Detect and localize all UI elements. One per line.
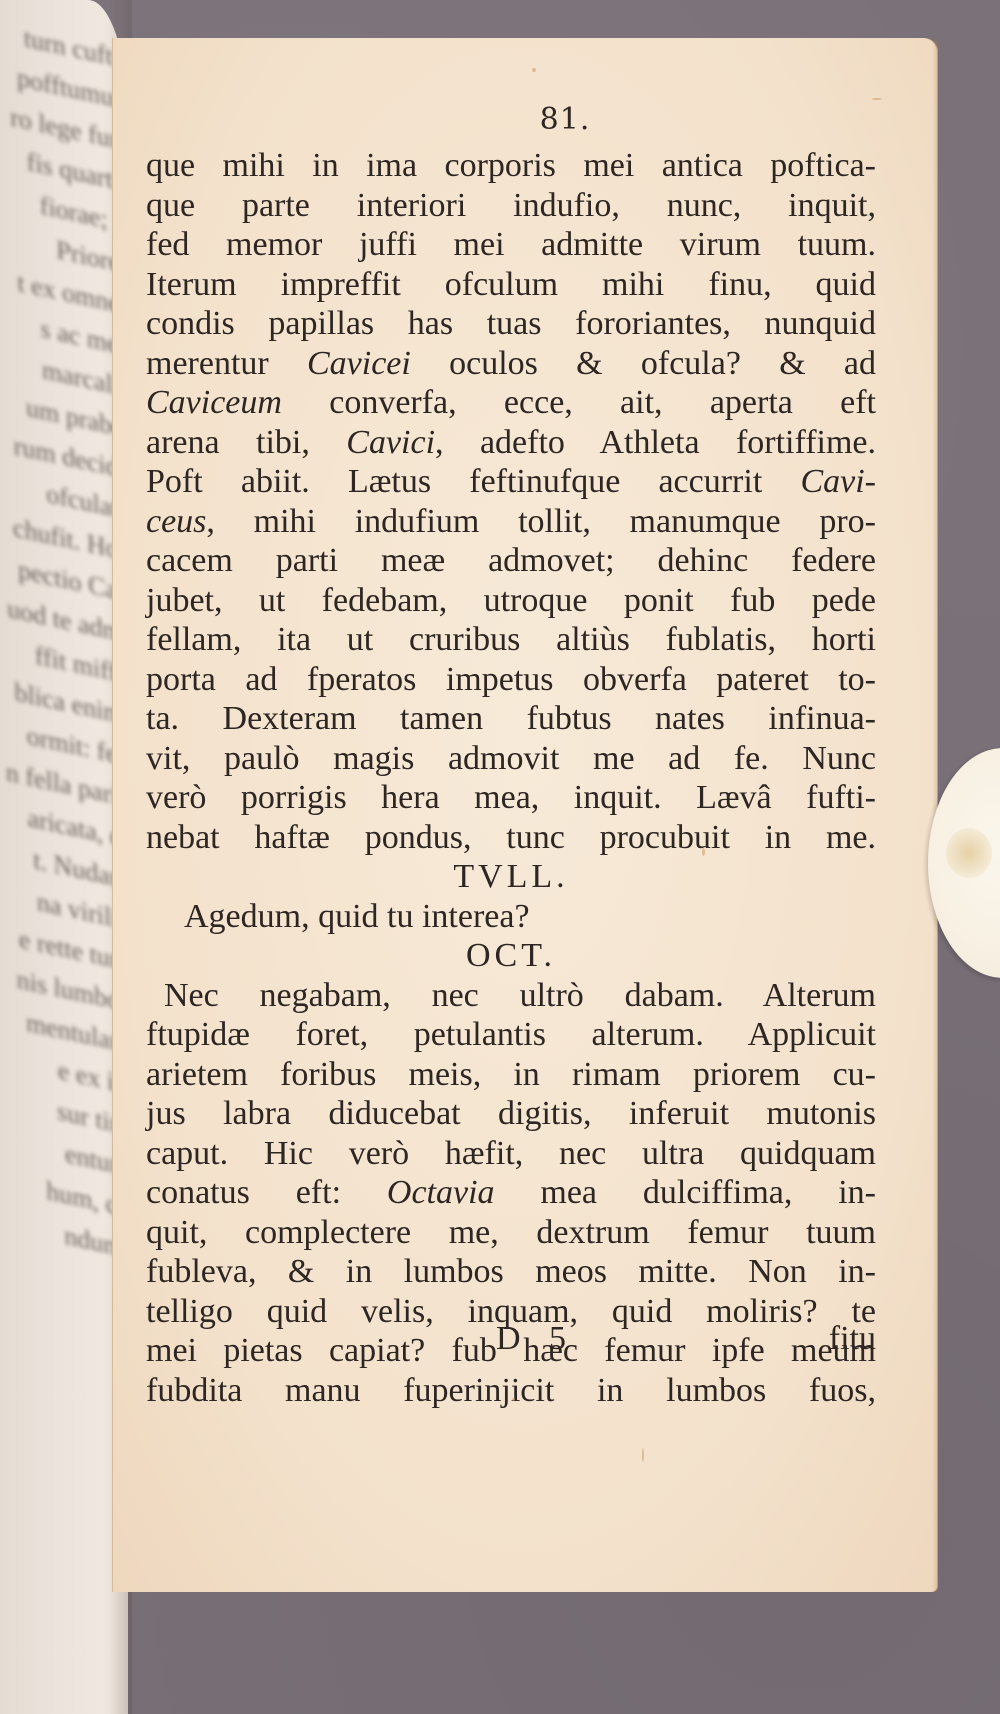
italic-name: Caviceum bbox=[146, 384, 282, 421]
italic-name: Cavici bbox=[346, 424, 435, 461]
text-line: fellam, ita ut cruribus altiùs fublatis,… bbox=[146, 620, 876, 660]
text-run: conatus eft: bbox=[146, 1174, 387, 1211]
text-line: ftupidæ foret, petulantis alterum. Appli… bbox=[146, 1015, 876, 1055]
text-line: merentur Cavicei oculos & ofcula? & ad bbox=[146, 344, 876, 384]
text-line: conatus eft: Octavia mea dulciffima, in- bbox=[146, 1173, 876, 1213]
text-run: merentur bbox=[146, 345, 307, 382]
catchword: fitu bbox=[829, 1320, 876, 1358]
text-line: condis papillas has tuas fororiantes, nu… bbox=[146, 304, 876, 344]
speaker-heading: OCT. bbox=[146, 936, 876, 976]
paper-speck bbox=[532, 68, 536, 72]
text-line: arietem foribus meis, in rimam priorem c… bbox=[146, 1055, 876, 1095]
text-line: Caviceum converfa, ecce, ait, aperta eft bbox=[146, 383, 876, 423]
text-line: nebat haftæ pondus, tunc procubuit in me… bbox=[146, 818, 876, 858]
facing-page-text: turn cuftispofftumus,ro lege funtfis qua… bbox=[0, 10, 128, 1270]
text-line: cacem parti meæ admovet; dehinc federe bbox=[146, 541, 876, 581]
text-line: fed memor juffi mei admitte virum tuum. bbox=[146, 225, 876, 265]
italic-name: Cavi- bbox=[800, 463, 876, 500]
text-run: converfa, ecce, ait, aperta eft bbox=[282, 384, 876, 421]
text-line: caput. Hic verò hæfit, nec ultra quidqua… bbox=[146, 1134, 876, 1174]
page-holder-weight bbox=[928, 748, 1000, 978]
text-run: arena tibi, bbox=[146, 424, 346, 461]
text-line: porta ad fperatos impetus obverfa patere… bbox=[146, 660, 876, 700]
weight-stain bbox=[946, 828, 992, 878]
text-run: , mihi indufium tollit, manumque pro- bbox=[206, 503, 876, 540]
text-line: Poft abiit. Lætus feftinufque accurrit C… bbox=[146, 462, 876, 502]
text-line: que mihi in ima corporis mei antica poft… bbox=[146, 146, 876, 186]
page-number: 81. bbox=[112, 102, 938, 137]
text-line: Nec negabam, nec ultrò dabam. Alterum bbox=[146, 976, 876, 1016]
italic-name: Octavia bbox=[387, 1174, 495, 1211]
italic-name: ceus bbox=[146, 503, 206, 540]
text-line: fubdita manu fuperinjicit in lumbos fuos… bbox=[146, 1371, 876, 1411]
signature-mark: D 5 bbox=[496, 1320, 576, 1358]
paper-speck bbox=[702, 848, 705, 856]
paper-speck bbox=[512, 1398, 515, 1401]
speaker-heading: TVLL. bbox=[146, 857, 876, 897]
paper-speck bbox=[642, 1448, 644, 1462]
text-run: , adefto Athleta fortiffime. bbox=[435, 424, 876, 461]
page-footer: D 5 fitu bbox=[146, 1320, 876, 1360]
text-line: fubleva, & in lumbos meos mitte. Non in- bbox=[146, 1252, 876, 1292]
facing-page-verso: turn cuftispofftumus,ro lege funtfis qua… bbox=[0, 0, 128, 1714]
text-line: jus labra diducebat digitis, inferuit mu… bbox=[146, 1094, 876, 1134]
recto-page: 81. que mihi in ima corporis mei antica … bbox=[112, 38, 938, 1592]
italic-name: Cavicei bbox=[307, 345, 411, 382]
paper-speck bbox=[872, 98, 882, 100]
text-line: quit, complectere me, dextrum femur tuum bbox=[146, 1213, 876, 1253]
text-line: ceus, mihi indufium tollit, manumque pro… bbox=[146, 502, 876, 542]
text-line: Iterum impreffit ofculum mihi finu, quid bbox=[146, 265, 876, 305]
text-run: Poft abiit. Lætus feftinufque accurrit bbox=[146, 463, 800, 500]
text-line: verò porrigis hera mea, inquit. Lævâ fuf… bbox=[146, 778, 876, 818]
text-line: Agedum, quid tu interea? bbox=[146, 897, 876, 937]
text-run: oculos & ofcula? & ad bbox=[411, 345, 876, 382]
text-line: arena tibi, Cavici, adefto Athleta forti… bbox=[146, 423, 876, 463]
text-line: vit, paulò magis admovit me ad fe. Nunc bbox=[146, 739, 876, 779]
page-body-text: que mihi in ima corporis mei antica poft… bbox=[146, 146, 876, 1410]
text-line: ta. Dexteram tamen fubtus nates infinua- bbox=[146, 699, 876, 739]
text-line: jubet, ut fedebam, utroque ponit fub ped… bbox=[146, 581, 876, 621]
text-run: mea dulciffima, in- bbox=[495, 1174, 876, 1211]
text-line: que parte interiori indufio, nunc, inqui… bbox=[146, 186, 876, 226]
